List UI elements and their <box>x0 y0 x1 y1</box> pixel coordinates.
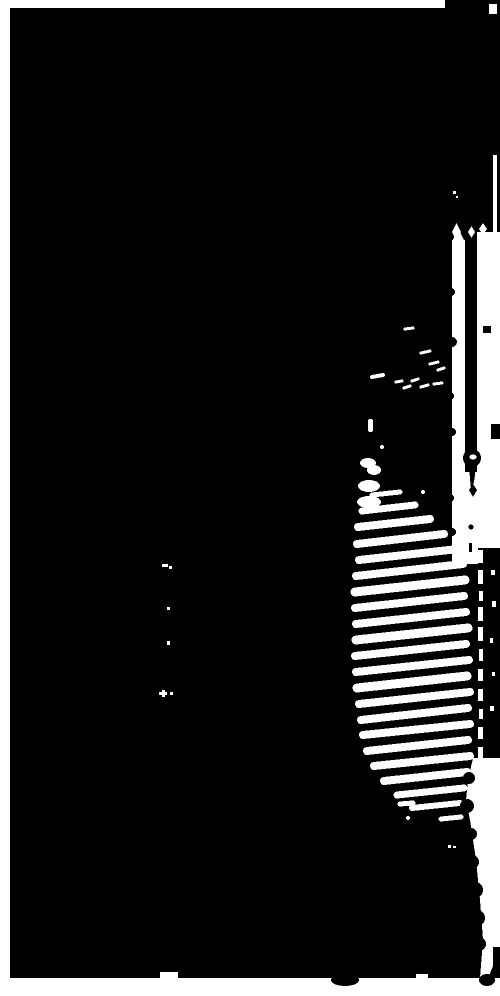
post-edge-scallop <box>446 494 454 502</box>
bottom-edge-bump <box>331 974 359 986</box>
stitch-dot <box>380 445 384 449</box>
field-speck <box>167 641 170 645</box>
bottom-edge-notch <box>160 972 178 979</box>
speck <box>456 196 458 198</box>
cable-line-segment <box>479 649 483 661</box>
column-edge-notch <box>493 947 500 973</box>
cable-line-segment <box>478 550 483 563</box>
dash-highlight <box>430 362 438 364</box>
cable-line-segment <box>478 607 483 621</box>
louver-stripe <box>441 817 461 819</box>
cable-line-segment <box>478 570 483 584</box>
edge-speck <box>492 672 495 676</box>
cable-line-segment <box>478 747 483 759</box>
left-post-highlight <box>452 240 465 565</box>
dash-highlight <box>405 328 413 329</box>
right-edge-sliver <box>493 155 497 233</box>
dash-highlight <box>404 386 410 388</box>
stitch-blob <box>357 496 381 508</box>
edge-speck <box>491 570 495 575</box>
dash-highlight <box>421 351 430 353</box>
dash-highlight <box>412 379 418 381</box>
dot-highlight <box>421 490 425 494</box>
stripe-tail-blob <box>400 803 413 804</box>
column-scallop <box>469 910 485 926</box>
column-scallop <box>467 882 483 898</box>
dash-highlight <box>396 381 402 382</box>
field-speck <box>169 566 172 569</box>
binarized-photo <box>0 0 500 996</box>
post-edge-scallop <box>446 392 454 400</box>
field-speck <box>167 607 170 610</box>
column-speck <box>453 846 456 848</box>
post-edge-scallop <box>448 428 456 436</box>
edge-speck <box>490 706 494 711</box>
edge-speck <box>490 638 493 643</box>
post-edge-scallop <box>447 337 457 347</box>
speck <box>453 191 456 194</box>
edge-speck <box>492 601 496 607</box>
cable-line-segment <box>479 591 483 601</box>
field-speck <box>170 692 173 695</box>
stripe-tail-dot <box>406 816 410 820</box>
column-scallop <box>460 799 474 813</box>
post-edge-scallop <box>447 288 455 296</box>
ring-hole <box>470 455 477 460</box>
bottom-edge-notch <box>416 974 428 979</box>
field-speck <box>162 564 168 567</box>
cable-dot <box>469 525 474 530</box>
screenshot-root <box>0 0 500 996</box>
band-notch <box>483 326 491 333</box>
post-edge-scallop <box>448 528 456 536</box>
field-speck <box>162 690 165 697</box>
cable-line-segment <box>478 727 483 739</box>
column-scallop <box>472 937 486 951</box>
corner-notch-highlight <box>489 4 497 14</box>
column-scallop <box>463 772 475 784</box>
cable-line-segment <box>478 669 483 681</box>
louver-stripe <box>372 492 400 495</box>
dash-highlight <box>421 385 428 387</box>
column-speck <box>448 845 451 848</box>
stitch-mark <box>368 419 373 432</box>
column-scallop <box>465 828 477 840</box>
photo-black-base <box>10 0 500 978</box>
right-post-highlight <box>477 232 500 548</box>
stitch-blob <box>358 480 380 492</box>
dash-highlight <box>372 375 383 377</box>
cable-line-segment <box>479 709 483 719</box>
dash-highlight <box>438 368 444 370</box>
cable-dash <box>469 543 472 552</box>
column-scallop <box>465 855 479 869</box>
dash-highlight <box>434 383 442 384</box>
band-notch <box>491 424 500 439</box>
cable-line-segment <box>478 627 483 641</box>
bottom-edge-bump <box>479 974 495 986</box>
stitch-blob <box>367 465 381 475</box>
cable-line-segment <box>478 689 483 701</box>
